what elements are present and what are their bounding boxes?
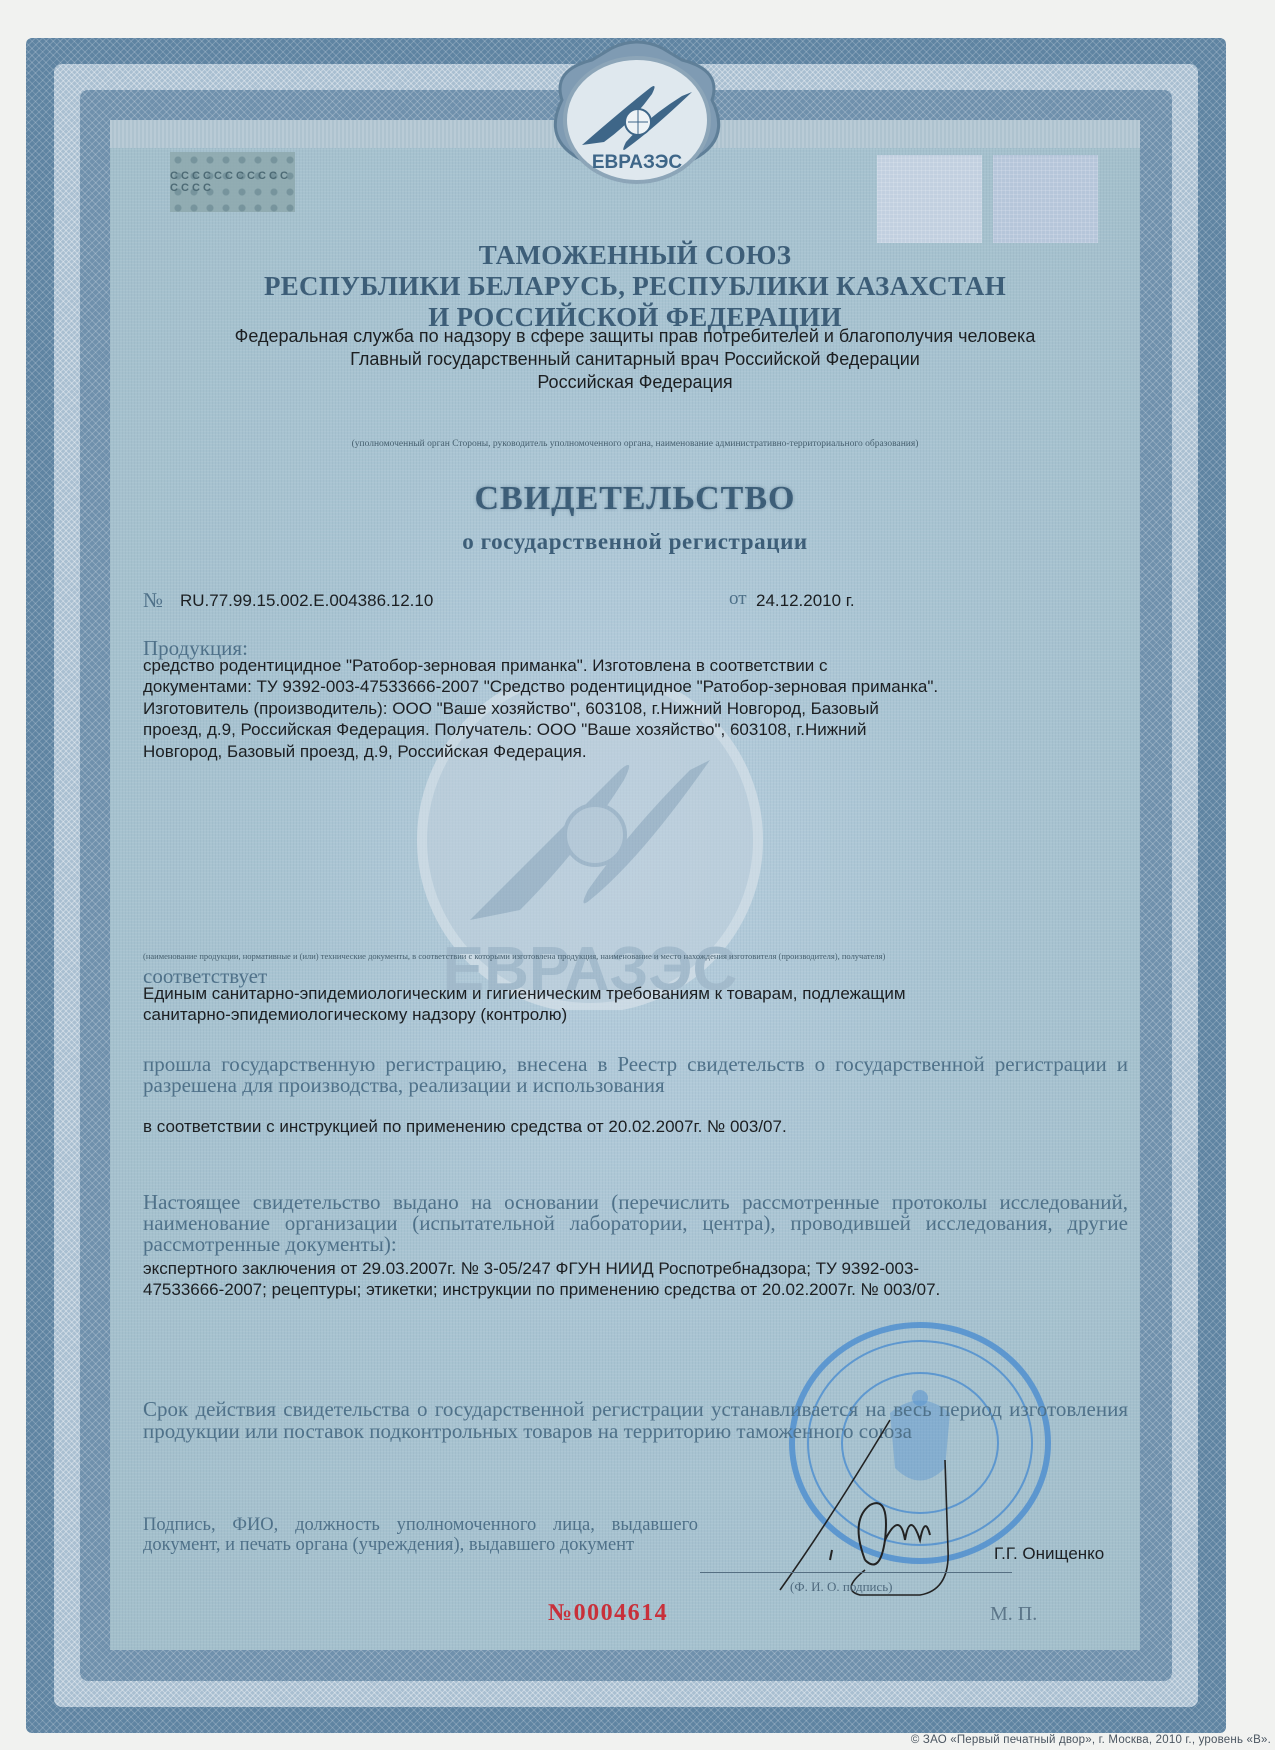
registration-date: 24.12.2010 г. bbox=[756, 591, 855, 611]
eurasec-emblem-icon: ЕВРАЗЭС bbox=[532, 30, 742, 190]
basis-line: экспертного заключения от 29.03.2007г. №… bbox=[143, 1258, 1128, 1279]
seal-place-mark: М. П. bbox=[990, 1603, 1037, 1626]
authority-line-3: Российская Федерация bbox=[130, 371, 1140, 394]
compliance-line: санитарно-эпидемиологическому надзору (к… bbox=[143, 1004, 1128, 1025]
compliance-line: Единым санитарно-эпидемиологическим и ги… bbox=[143, 983, 1128, 1004]
authority-line-1: Федеральная служба по надзору в сфере за… bbox=[130, 325, 1140, 348]
product-line: проезд, д.9, Российская Федерация. Получ… bbox=[143, 719, 1128, 740]
product-line: документами: ТУ 9392-003-47533666-2007 "… bbox=[143, 676, 1128, 697]
number-sign: № bbox=[143, 588, 163, 613]
svg-text:ЕВРАЗЭС: ЕВРАЗЭС bbox=[592, 152, 683, 173]
customs-union-heading: ТАМОЖЕННЫЙ СОЮЗ РЕСПУБЛИКИ БЕЛАРУСЬ, РЕС… bbox=[130, 240, 1140, 333]
signature-line bbox=[700, 1572, 1012, 1573]
security-square-right bbox=[993, 155, 1098, 243]
basis-line: 47533666-2007; рецептуры; этикетки; инст… bbox=[143, 1279, 1128, 1300]
document-subtitle: о государственной регистрации bbox=[130, 529, 1140, 555]
hologram-security-strip: C C C C C C C C C C C C C C C bbox=[170, 152, 295, 212]
compliance-text: Единым санитарно-эпидемиологическим и ги… bbox=[143, 983, 1128, 1026]
security-square-left bbox=[877, 155, 982, 243]
product-line: Новгород, Базовый проезд, д.9, Российска… bbox=[143, 741, 1128, 762]
product-line: средство родентицидное "Ратобор-зерновая… bbox=[143, 655, 1128, 676]
union-line-1: ТАМОЖЕННЫЙ СОЮЗ bbox=[130, 240, 1140, 271]
authority-line-2: Главный государственный санитарный врач … bbox=[130, 348, 1140, 371]
union-line-2: РЕСПУБЛИКИ БЕЛАРУСЬ, РЕСПУБЛИКИ КАЗАХСТА… bbox=[130, 271, 1140, 302]
authority-caption: (уполномоченный орган Стороны, руководит… bbox=[130, 439, 1140, 449]
product-line: Изготовитель (производитель): ООО "Ваше … bbox=[143, 698, 1128, 719]
signature-label: Подпись, ФИО, должность уполномоченного … bbox=[143, 1515, 698, 1555]
blank-serial-number: №0004614 bbox=[548, 1600, 668, 1627]
product-caption: (наименование продукции, нормативные и (… bbox=[143, 951, 1133, 961]
basis-documents: экспертного заключения от 29.03.2007г. №… bbox=[143, 1258, 1128, 1301]
product-description: средство родентицидное "Ратобор-зерновая… bbox=[143, 655, 1128, 762]
authority-block: Федеральная служба по надзору в сфере за… bbox=[130, 325, 1140, 394]
printer-note: © ЗАО «Первый печатный двор», г. Москва,… bbox=[911, 1734, 1271, 1746]
basis-label: Настоящее свидетельство выдано на основа… bbox=[143, 1192, 1128, 1255]
registration-statement: прошла государственную регистрацию, внес… bbox=[143, 1054, 1128, 1096]
document-title: СВИДЕТЕЛЬСТВО bbox=[130, 480, 1140, 518]
date-from-label: от bbox=[729, 588, 747, 610]
signer-name: Г.Г. Онищенко bbox=[994, 1544, 1104, 1564]
registration-number: RU.77.99.15.002.Е.004386.12.10 bbox=[180, 591, 433, 611]
signature-caption: (Ф. И. О. подпись) bbox=[790, 1579, 893, 1595]
usage-instruction: в соответствии с инструкцией по применен… bbox=[143, 1116, 1128, 1137]
